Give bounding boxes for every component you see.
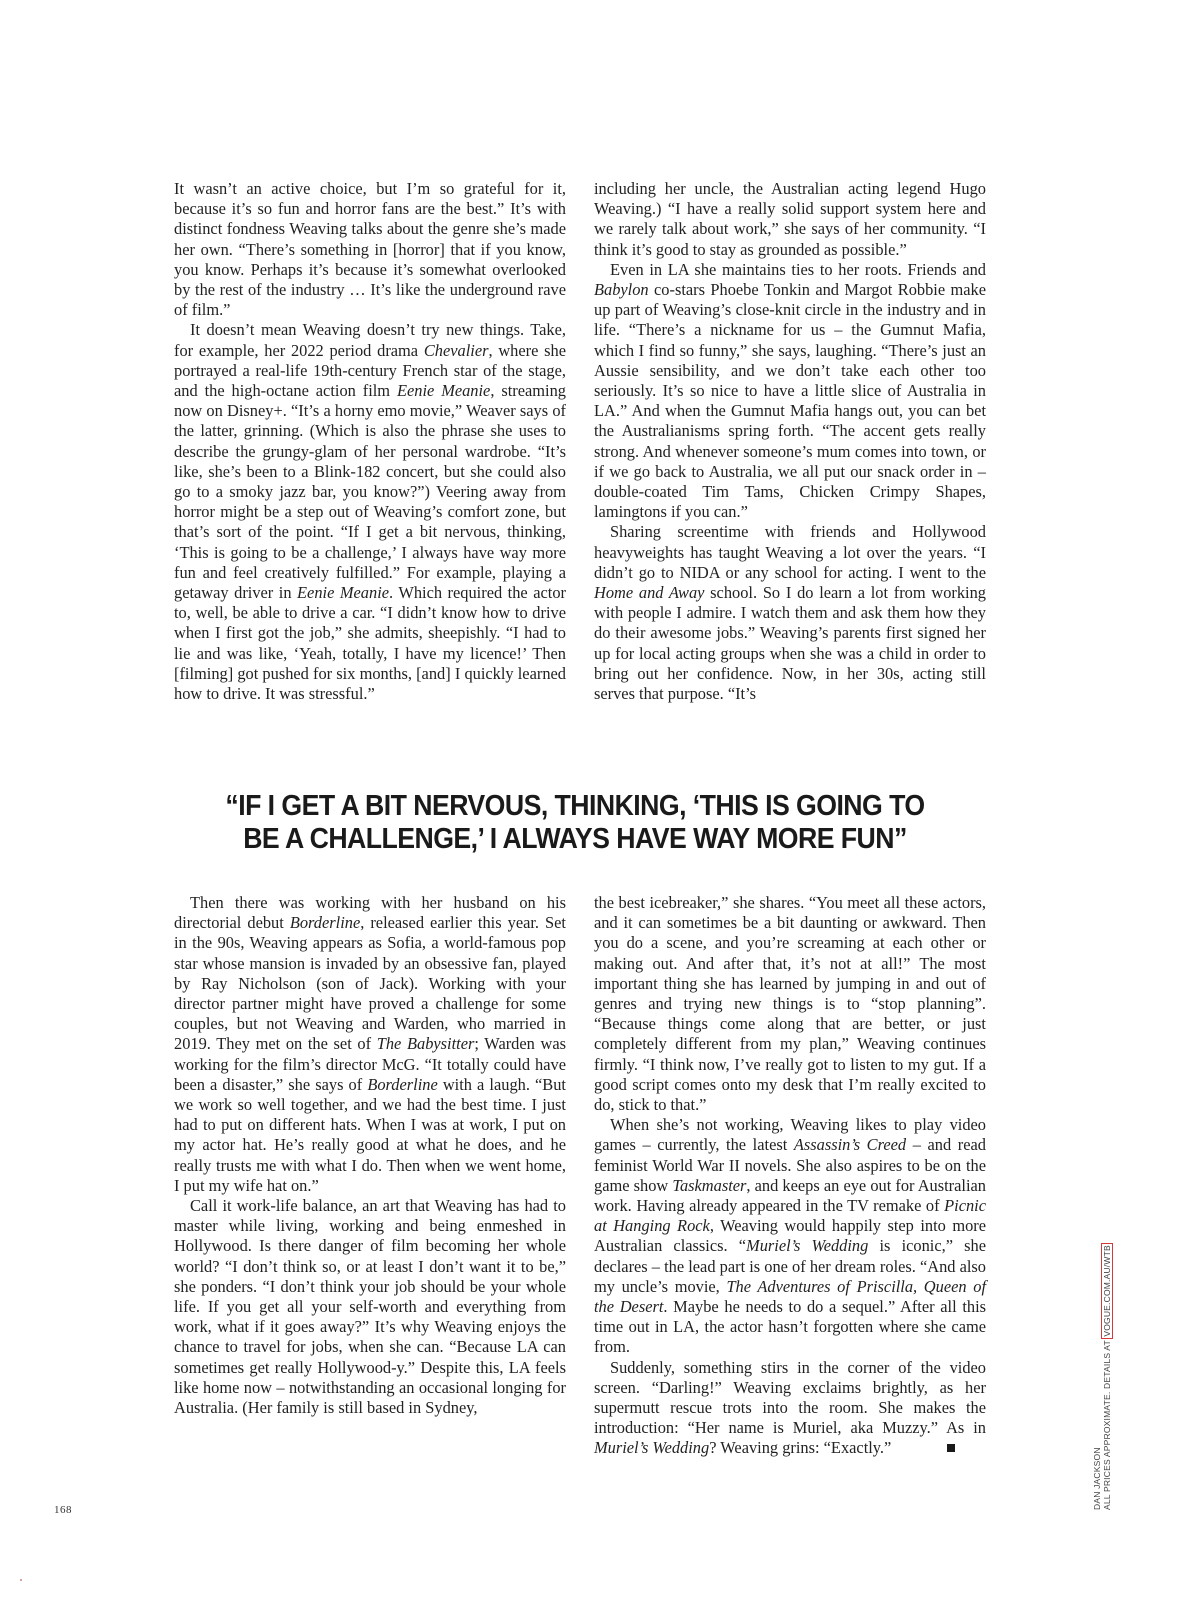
- article-paragraph: including her uncle, the Australian acti…: [594, 179, 986, 260]
- article-paragraph: the best icebreaker,” she shares. “You m…: [594, 893, 986, 1115]
- italic-title: Muriel’s Wedding: [746, 1236, 868, 1255]
- pull-quote: “IF I GET A BIT NERVOUS, THINKING, ‘THIS…: [184, 790, 966, 856]
- text-run: Sharing screentime with friends and Holl…: [594, 522, 986, 581]
- italic-title: Eenie Meanie: [297, 583, 389, 602]
- text-run: , streaming now on Disney+. “It’s a horn…: [174, 381, 566, 602]
- text-run: the best icebreaker,” she shares. “You m…: [594, 893, 986, 1114]
- italic-title: Chevalier: [424, 341, 489, 360]
- article-paragraph: It doesn’t mean Weaving doesn’t try new …: [174, 320, 566, 704]
- article-column-2: including her uncle, the Australian acti…: [594, 179, 986, 704]
- prices-note: ALL PRICES APPROXIMATE. DETAILS AT VOGUE…: [1102, 1244, 1112, 1510]
- pull-quote-line-1: “IF I GET A BIT NERVOUS, THINKING, ‘THIS…: [184, 790, 966, 823]
- end-of-article-mark: [947, 1444, 955, 1452]
- italic-title: Eenie Meanie: [397, 381, 490, 400]
- article-column-4: the best icebreaker,” she shares. “You m…: [594, 893, 986, 1459]
- article-column-3: Then there was working with her husband …: [174, 893, 566, 1418]
- text-run: co-stars Phoebe Tonkin and Margot Robbie…: [594, 280, 986, 521]
- article-paragraph: Suddenly, something stirs in the corner …: [594, 1358, 986, 1459]
- photographer-credit: DAN JACKSON: [1092, 1244, 1102, 1510]
- italic-title: Taskmaster: [672, 1176, 746, 1195]
- article-paragraph: When she’s not working, Weaving likes to…: [594, 1115, 986, 1357]
- italic-title: Assassin’s Creed: [794, 1135, 906, 1154]
- article-column-1: It wasn’t an active choice, but I’m so g…: [174, 179, 566, 704]
- article-paragraph: Even in LA she maintains ties to her roo…: [594, 260, 986, 523]
- italic-title: Borderline: [367, 1075, 437, 1094]
- article-paragraph: Sharing screentime with friends and Holl…: [594, 522, 986, 704]
- prices-note-text: ALL PRICES APPROXIMATE. DETAILS AT: [1102, 1338, 1112, 1510]
- pull-quote-line-2: BE A CHALLENGE,’ I ALWAYS HAVE WAY MORE …: [184, 823, 966, 856]
- italic-title: Home and Away: [594, 583, 704, 602]
- text-run: , released earlier this year. Set in the…: [174, 913, 566, 1053]
- text-run: Call it work-life balance, an art that W…: [174, 1196, 566, 1417]
- text-run: Suddenly, something stirs in the corner …: [594, 1358, 986, 1438]
- italic-title: Babylon: [594, 280, 649, 299]
- article-paragraph: Call it work-life balance, an art that W…: [174, 1196, 566, 1418]
- text-run: including her uncle, the Australian acti…: [594, 179, 986, 259]
- website-link[interactable]: VOGUE.COM.AU/WTB: [1102, 1244, 1112, 1338]
- article-paragraph: Then there was working with her husband …: [174, 893, 566, 1196]
- italic-title: Borderline: [290, 913, 360, 932]
- italic-title: The Babysitter: [377, 1034, 475, 1053]
- text-run: It wasn’t an active choice, but I’m so g…: [174, 179, 566, 319]
- article-paragraph: It wasn’t an active choice, but I’m so g…: [174, 179, 566, 320]
- text-run: ? Weaving grins: “Exactly.”: [709, 1438, 891, 1457]
- page-number: 168: [54, 1504, 72, 1516]
- print-mark: [20, 1579, 22, 1581]
- text-run: Even in LA she maintains ties to her roo…: [610, 260, 986, 279]
- italic-title: Muriel’s Wedding: [594, 1438, 709, 1457]
- photo-credit: DAN JACKSON ALL PRICES APPROXIMATE. DETA…: [1092, 1244, 1112, 1510]
